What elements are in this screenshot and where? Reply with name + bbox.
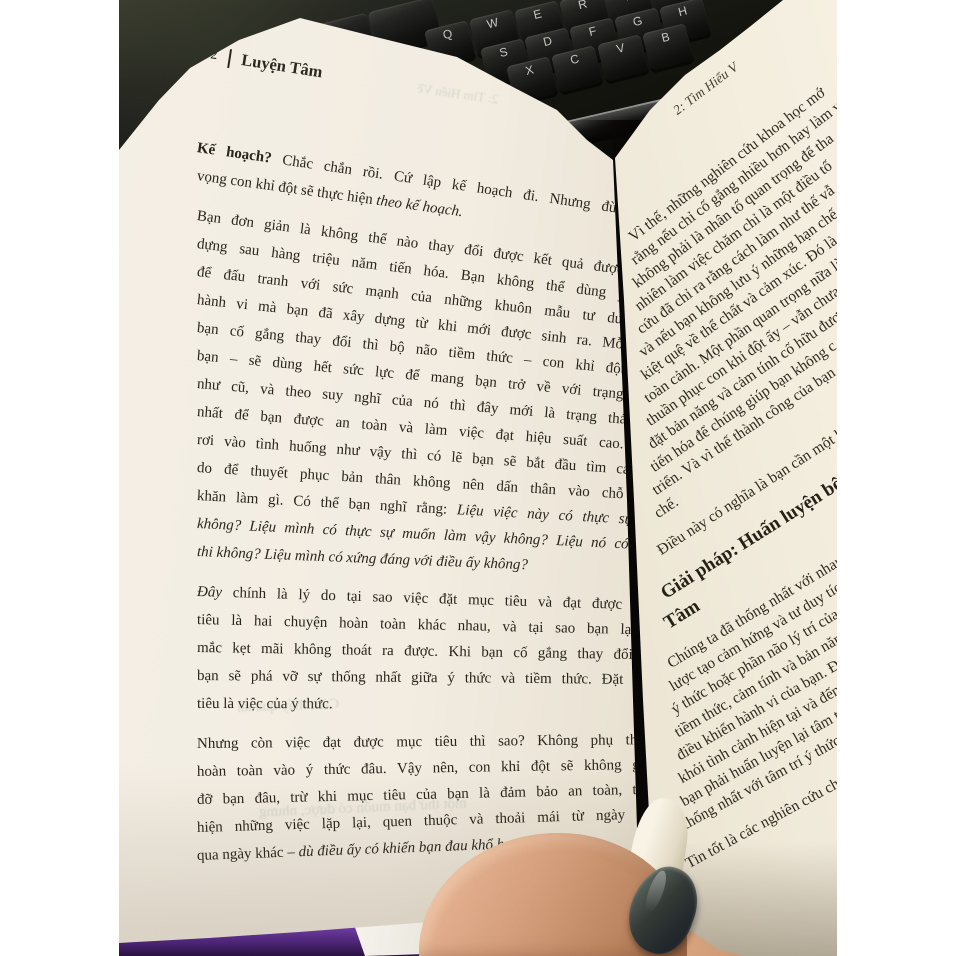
book-photo: QWERTYSDFGHXCVB 42 Luyện Tâm Kế hoạch? C… xyxy=(119,0,837,956)
left-body-line: Nhưng còn việc đạt được mục tiêu thì sao… xyxy=(197,732,659,753)
left-body-line: Đây chính là lý do tại sao việc đặt mục … xyxy=(197,584,659,615)
left-body-line: bạn sẽ phá vỡ sự thống nhất giữa ý thức … xyxy=(197,668,659,689)
ghost-line: Cảm thấy quá tải xyxy=(237,696,340,717)
left-body-line: tiêu là hai chuyện hoàn toàn khác nhau, … xyxy=(197,612,659,640)
left-body-line: mắc kẹt mãi không thoát ra được. Khi bạn… xyxy=(197,640,659,664)
header-divider xyxy=(227,49,232,68)
right-body-line: chế. xyxy=(651,493,682,522)
ghost-line: 2: Tìm Hiểu Về xyxy=(416,80,499,107)
chapter-title: Luyện Tâm xyxy=(240,50,324,82)
left-body-line: hoàn toàn vào ý thức đâu. Vậy nên, con k… xyxy=(197,757,659,781)
photo-frame: QWERTYSDFGHXCVB 42 Luyện Tâm Kế hoạch? C… xyxy=(0,0,956,956)
